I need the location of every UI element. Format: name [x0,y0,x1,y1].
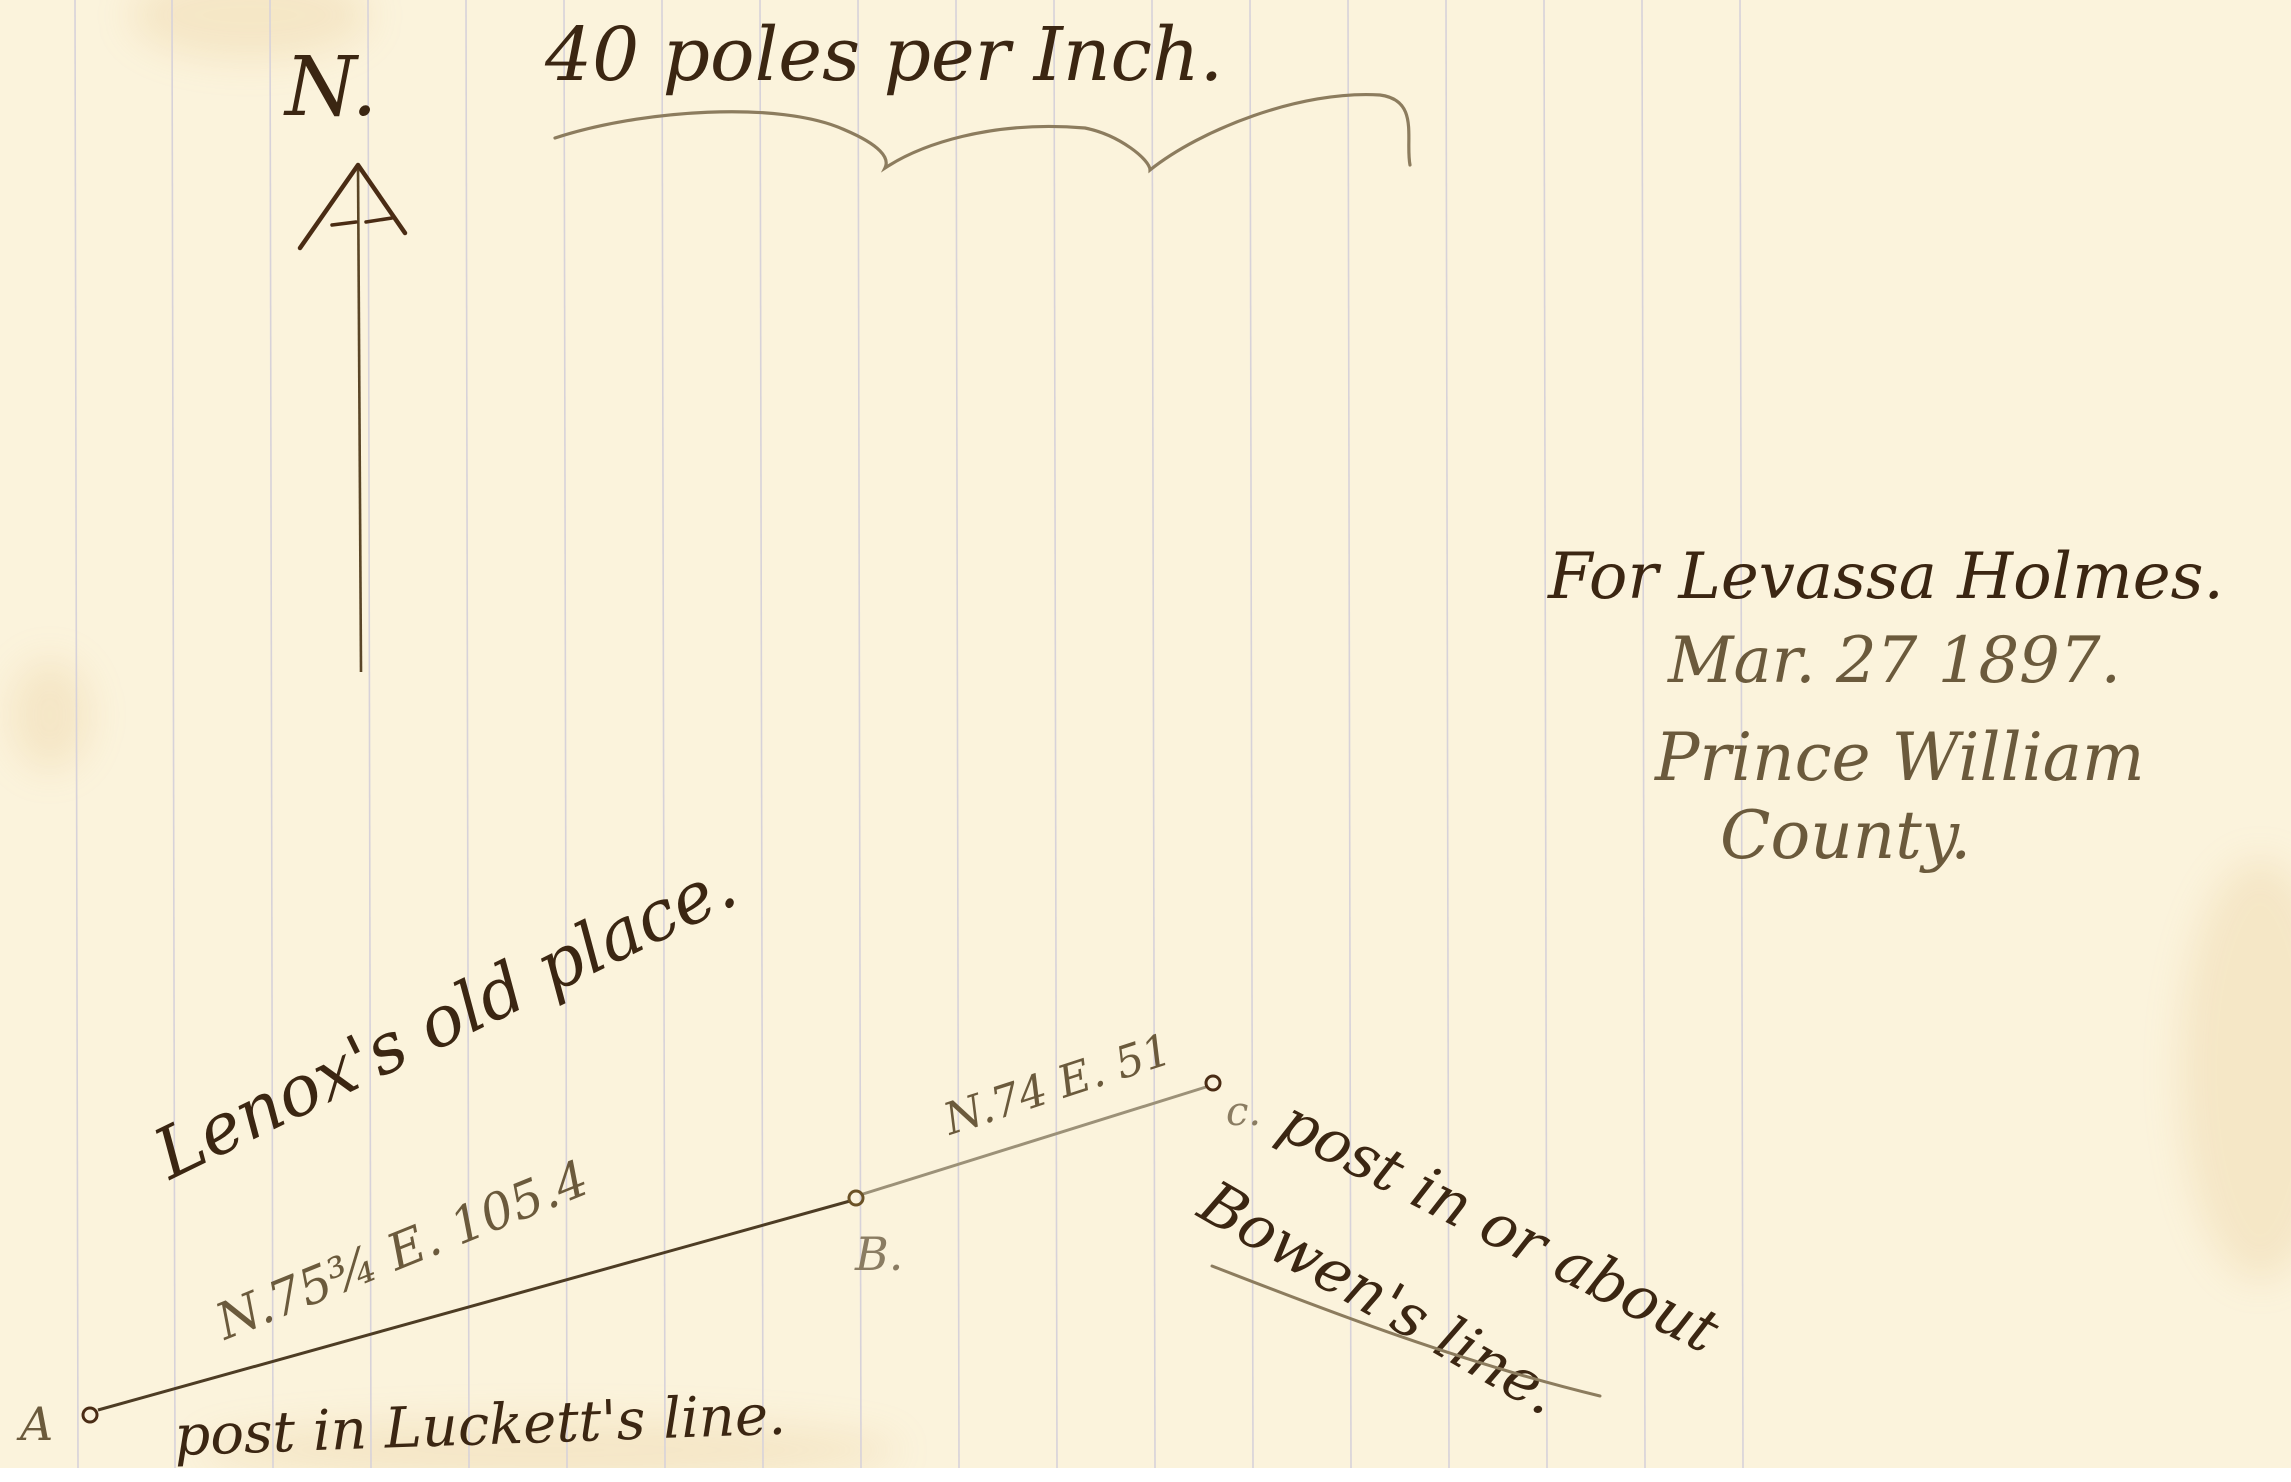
point-c-marker [1206,1076,1220,1090]
scale-brace [555,95,1410,170]
point-a-note: post in Luckett's line. [173,1383,787,1468]
north-arrow-icon [300,165,405,672]
course-a-b-label: N.75¾ E. 105.4 [207,1149,597,1351]
point-a-label: A [16,1397,53,1451]
course-b-c-label: N.74 E. 51 [937,1024,1178,1146]
paper-sheet: N. 40 poles per Inch. For Levassa Holmes… [0,0,2291,1468]
annotation-for-line: For Levassa Holmes. [1547,540,2224,614]
point-c-label: c. [1226,1089,1261,1135]
region-label: Lenox's old place. [140,843,749,1196]
plat-drawing: N. 40 poles per Inch. For Levassa Holmes… [0,0,2291,1468]
point-c-note-line1: post in or about [1268,1086,1730,1368]
point-b-label: B. [854,1227,903,1281]
annotation-county-line1: Prince William [1654,719,2145,796]
scale-text: 40 poles per Inch. [544,12,1223,98]
annotation-county-line2: County. [1720,797,1971,874]
north-label: N. [283,40,378,135]
annotation-date: Mar. 27 1897. [1667,624,2121,698]
point-a-marker [83,1408,97,1422]
